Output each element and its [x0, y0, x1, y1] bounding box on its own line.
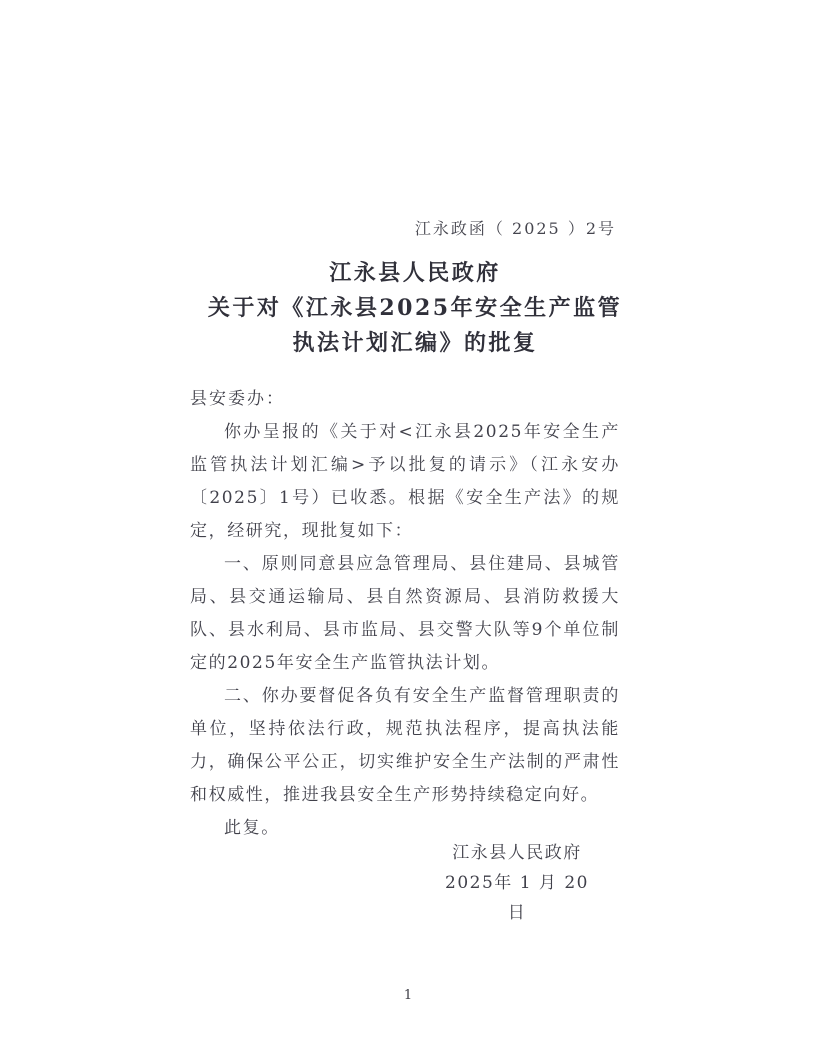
salutation: 县安委办：: [190, 384, 620, 409]
page-number: 1: [404, 988, 412, 1003]
document-reference-number: 江永政函（ 2025 ）2号: [190, 216, 630, 239]
signature-date: 2025年 1 月 20日: [437, 868, 597, 928]
body-paragraph-1: 你办呈报的《关于对<江永县2025年安全生产监管执法计划汇编>予以批复的请示》（…: [190, 416, 620, 548]
document-page: 江永政函（ 2025 ）2号 江永县人民政府 关于对《江永县2025年安全生产监…: [0, 0, 816, 1056]
document-title: 江永县人民政府 关于对《江永县2025年安全生产监管 执法计划汇编》的批复: [195, 256, 635, 361]
signature-block: 江永县人民政府 2025年 1 月 20日: [437, 838, 597, 928]
title-line-3: 执法计划汇编》的批复: [195, 326, 635, 361]
page-footer: 1: [0, 988, 816, 1003]
body-paragraph-2: 一、原则同意县应急管理局、县住建局、县城管局、县交通运输局、县自然资源局、县消防…: [190, 548, 620, 680]
title-line-2: 关于对《江永县2025年安全生产监管: [195, 291, 635, 326]
body-paragraph-3: 二、你办要督促各负有安全生产监督管理职责的单位，坚持依法行政，规范执法程序，提高…: [190, 680, 620, 812]
title-line-1: 江永县人民政府: [195, 256, 635, 291]
document-body: 你办呈报的《关于对<江永县2025年安全生产监管执法计划汇编>予以批复的请示》（…: [190, 416, 620, 845]
signature-authority: 江永县人民政府: [437, 838, 597, 868]
